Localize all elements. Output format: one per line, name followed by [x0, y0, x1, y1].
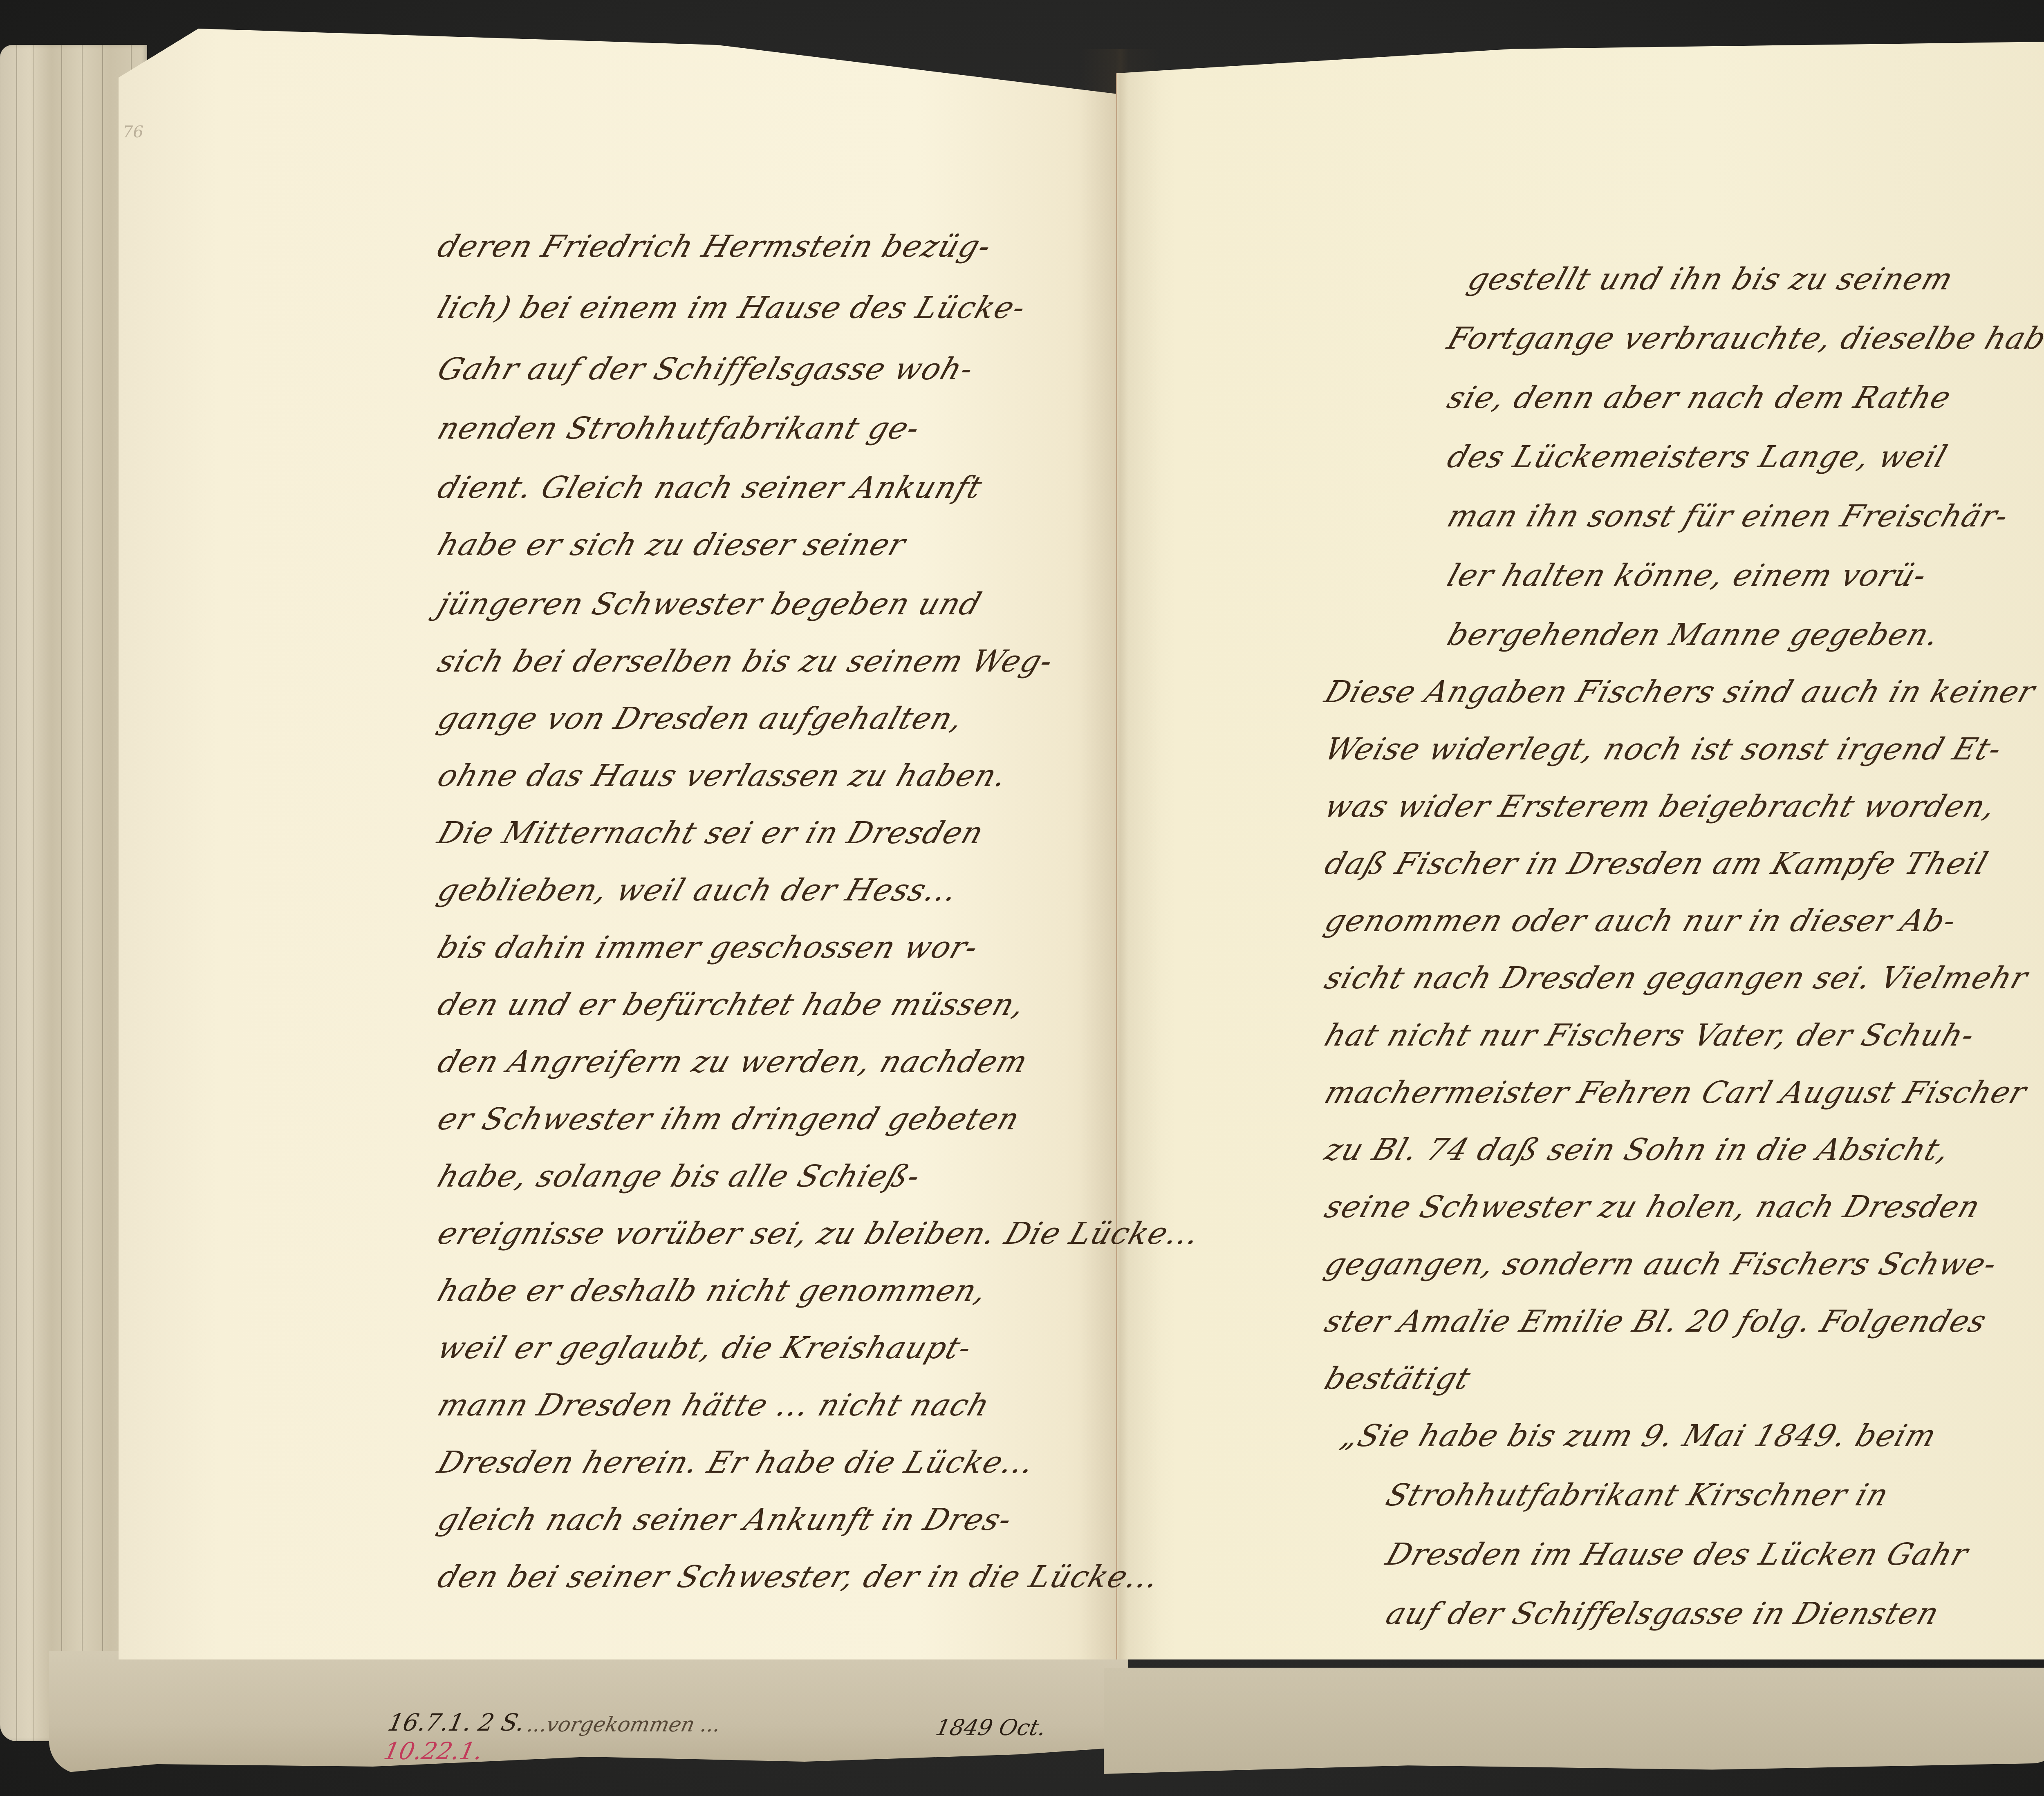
handwritten-line: weil er geglaubt, die Kreishaupt- [433, 1330, 977, 1366]
handwritten-line: er Schwester ihm dringend gebeten [433, 1102, 1024, 1137]
handwritten-line: gegangen, sondern auch Fischers Schwe- [1320, 1247, 2002, 1282]
handwritten-line: gange von Dresden aufgehalten, [433, 701, 968, 736]
handwritten-line: „Sie habe bis zum 9. Mai 1849. beim [1337, 1418, 1941, 1453]
handwritten-line: lich) bei einem im Hause des Lücke- [433, 290, 1031, 325]
handwritten-line: gestellt und ihn bis zu seinem [1464, 262, 1958, 297]
handwritten-line: Dresden im Hause des Lücken Gahr [1382, 1537, 1973, 1572]
handwritten-line: genommen oder auch nur in dieser Ab- [1320, 903, 1961, 938]
handwritten-line: Fortgange verbrauchte, dieselbe habe [1443, 321, 2044, 356]
handwritten-line: sie, denn aber nach dem Rathe [1443, 380, 1956, 415]
handwritten-line: deren Friedrich Hermstein bezüg- [433, 229, 996, 264]
archival-trailing-text: ...vorgekommen ... [525, 1713, 723, 1736]
handwritten-line: habe er sich zu dieser seiner [433, 527, 910, 562]
handwritten-line: was wider Ersterem beigebracht worden, [1320, 789, 2001, 824]
handwritten-line: auf der Schiffelsgasse in Diensten [1382, 1596, 1944, 1631]
handwritten-line: habe, solange bis alle Schieß- [433, 1159, 926, 1194]
handwritten-line: daß Fischer in Dresden am Kampfe Theil [1320, 846, 1992, 881]
handwritten-line: zu Bl. 74 daß sein Sohn in die Absicht, [1320, 1132, 1955, 1167]
handwritten-line: jüngeren Schwester begeben und [433, 587, 986, 622]
handwritten-line: Diese Angaben Fischers sind auch in kein… [1320, 674, 2040, 710]
handwritten-line: den bei seiner Schwester, der in die Lüc… [433, 1559, 1164, 1594]
handwritten-line: Gahr auf der Schiffelsgasse woh- [433, 352, 978, 387]
handwritten-line: hat nicht nur Fischers Vater, der Schuh- [1320, 1018, 1979, 1053]
bottom-page-stack-right [1104, 1668, 2044, 1774]
handwritten-line: des Lückemeisters Lange, weil [1443, 439, 1952, 475]
handwritten-line: geblieben, weil auch der Hess... [433, 873, 963, 908]
archival-ink-annotation: 16.7.1. 2 S. [385, 1709, 527, 1736]
handwritten-line: nenden Strohhutfabrikant ge- [433, 411, 925, 446]
handwritten-line: den und er befürchtet habe müssen, [433, 987, 1030, 1022]
handwritten-line: sich bei derselben bis zu seinem Weg- [433, 644, 1058, 679]
handwritten-line: Dresden herein. Er habe die Lücke... [433, 1445, 1040, 1480]
handwritten-line: bestätigt [1320, 1361, 1475, 1396]
pencil-corner-mark: 76 [123, 123, 143, 141]
handwritten-line: ohne das Haus verlassen zu haben. [433, 758, 1012, 793]
handwritten-line: Die Mitternacht sei er in Dresden [433, 815, 988, 851]
handwritten-line: bergehenden Manne gegeben. [1443, 617, 1944, 652]
archival-trailing-number: 1849 Oct. [933, 1715, 1048, 1740]
handwritten-line: bis dahin immer geschossen wor- [433, 930, 983, 965]
handwritten-line: den Angreifern zu werden, nachdem [433, 1044, 1033, 1079]
handwritten-line: ler halten könne, einem vorü- [1443, 558, 1932, 593]
archival-red-stamp-number: 10.22.1. [381, 1737, 485, 1765]
handwritten-line: Strohhutfabrikant Kirschner in [1382, 1478, 1894, 1513]
handwritten-line: ereignisse vorüber sei, zu bleiben. Die … [433, 1216, 1205, 1251]
handwritten-line: man ihn sonst für einen Freischär- [1443, 499, 2013, 534]
handwritten-line: sicht nach Dresden gegangen sei. Vielmeh… [1320, 961, 2033, 996]
handwritten-line: habe er deshalb nicht genommen, [433, 1273, 992, 1308]
handwritten-line: gleich nach seiner Ankunft in Dres- [433, 1502, 1017, 1537]
handwritten-line: ster Amalie Emilie Bl. 20 folg. Folgende… [1320, 1304, 1992, 1339]
handwritten-line: seine Schwester zu holen, nach Dresden [1320, 1189, 1985, 1225]
handwritten-line: machermeister Fehren Carl August Fischer [1320, 1075, 2032, 1110]
handwritten-line: Weise widerlegt, noch ist sonst irgend E… [1320, 732, 2007, 767]
handwritten-line: mann Dresden hätte ... nicht nach [433, 1388, 995, 1423]
handwritten-line: dient. Gleich nach seiner Ankunft [433, 470, 987, 505]
